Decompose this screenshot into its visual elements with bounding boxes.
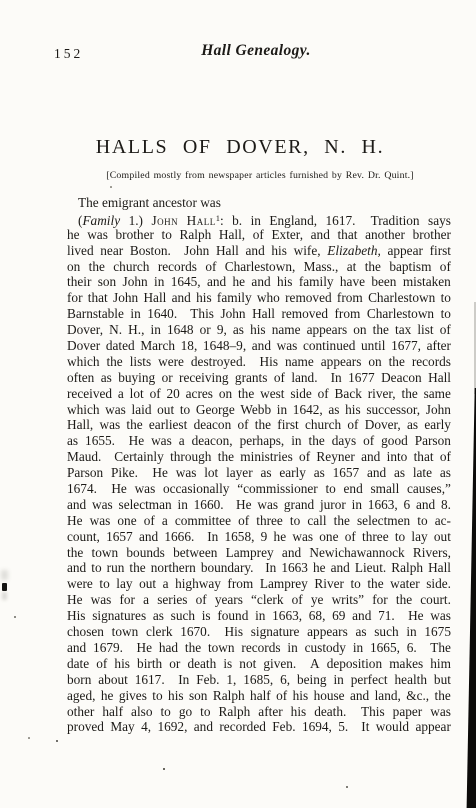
text-word: records: [241, 640, 280, 656]
text-word: was: [430, 704, 451, 720]
text-word: John: [184, 243, 209, 259]
text-word: ac-: [435, 513, 451, 529]
text-word: of: [292, 592, 303, 608]
text-word: 1665,: [370, 640, 400, 656]
text-word: 71.: [378, 608, 401, 624]
text-word: and: [67, 640, 86, 656]
article-title: HALLS OF DOVER, N. H.: [40, 136, 440, 159]
text-word: removed: [285, 290, 332, 306]
text-word: which: [67, 402, 100, 418]
text-word: son: [98, 274, 116, 290]
text-word: continued: [303, 338, 355, 354]
text-word: who: [257, 290, 280, 306]
text-word: Hall,: [219, 227, 245, 243]
text-word: was: [257, 497, 278, 513]
text-word: dated: [106, 338, 135, 354]
text-word: 18,: [181, 338, 198, 354]
text-word: born: [67, 672, 91, 688]
text-line: theirsonJohnin1645,andheandhisfamilyhave…: [67, 274, 451, 290]
text-word: that: [337, 227, 357, 243]
text-word: Hall: [428, 370, 451, 386]
text-word: water: [390, 576, 420, 592]
text-word: in: [333, 672, 343, 688]
text-word: committee: [175, 513, 231, 529]
text-line: aged,hegivestohissonRalphhalfofhishousea…: [67, 688, 451, 704]
text-word: mistaken: [403, 274, 451, 290]
text-word: He: [67, 513, 83, 529]
text-word: Certainly: [114, 449, 163, 465]
text-word: out: [434, 529, 451, 545]
scan-speck: [110, 186, 112, 188]
text-word: have: [340, 274, 365, 290]
text-word: the: [402, 386, 418, 402]
text-line: Hissignaturesassuchisfoundin1663,68,69an…: [67, 608, 451, 624]
text-word: his: [293, 688, 309, 704]
text-word: as: [355, 624, 366, 640]
text-word: 1675: [424, 624, 451, 640]
text-word: signatures: [92, 608, 146, 624]
text-word: a: [143, 592, 149, 608]
text-word: his: [250, 322, 266, 338]
text-word: call: [307, 513, 326, 529]
text-word: were: [158, 354, 184, 370]
text-word: was: [176, 465, 197, 481]
text-word: Dover,: [365, 417, 401, 433]
text-word: Exter,: [271, 227, 303, 243]
text-word: Charlestown: [367, 306, 434, 322]
text-word: in: [352, 497, 362, 513]
text-word: not: [239, 656, 256, 672]
text-word: Dover: [67, 338, 100, 354]
text-line: receivedalotof20acresonthewestsideofBack…: [67, 386, 451, 402]
text-word: 6,: [280, 672, 290, 688]
text-word: Webb: [240, 402, 271, 418]
article-byline: [Compiled mostly from newspaper articles…: [72, 170, 448, 181]
text-word: receiving: [179, 370, 228, 386]
text-word: 1692,: [157, 719, 187, 735]
text-word: that: [88, 290, 108, 306]
text-word: and: [139, 529, 158, 545]
text-word: George: [196, 402, 235, 418]
text-word: same: [424, 386, 451, 402]
text-word: in: [406, 624, 416, 640]
text-word: and: [172, 290, 191, 306]
text-word: the: [367, 576, 383, 592]
text-word: he: [67, 227, 80, 243]
text-word: 1670.: [180, 624, 217, 640]
text-word: other: [67, 704, 94, 720]
text-word: church: [305, 417, 341, 433]
text-word: of: [205, 259, 216, 275]
text-word: The: [430, 640, 451, 656]
text-word: removed: [281, 306, 328, 322]
text-word: juror: [320, 497, 346, 513]
text-line: hewasbrothertoRalphHall,ofExter,andthata…: [67, 227, 451, 243]
text-word: family: [299, 274, 334, 290]
text-word: lay: [116, 576, 132, 592]
text-word: was: [135, 481, 156, 497]
text-word: as: [101, 370, 112, 386]
text-word: out: [139, 576, 156, 592]
text-word: a: [179, 433, 185, 449]
text-word: in: [178, 497, 188, 513]
text-word: to: [325, 481, 335, 497]
text-word: destroyed.: [191, 354, 253, 370]
text-word: 1657: [106, 529, 133, 545]
text-word: as: [67, 433, 78, 449]
text-word: was: [277, 338, 298, 354]
text-word: appear: [415, 719, 450, 735]
text-word: as: [407, 417, 418, 433]
text-word: town: [208, 640, 235, 656]
text-line: 1674. Hewasoccasionally“commissionertoen…: [67, 481, 451, 497]
text-word: River: [314, 576, 344, 592]
text-word: aged,: [67, 688, 95, 704]
text-word: a: [162, 513, 168, 529]
text-word: which: [67, 354, 100, 370]
text-word: in: [291, 433, 301, 449]
text-word: to: [441, 306, 451, 322]
text-word: birth: [137, 656, 162, 672]
text-word: Ralph: [219, 704, 251, 720]
text-word: was: [92, 497, 113, 513]
text-word: half: [102, 704, 123, 720]
text-word: He: [136, 640, 152, 656]
text-word: health: [395, 672, 428, 688]
text-word: from: [227, 576, 253, 592]
text-word: Boston.: [130, 243, 178, 259]
text-word: of: [347, 417, 358, 433]
text-word: John: [123, 274, 148, 290]
text-word: Hall: [428, 560, 451, 576]
text-word: a: [118, 386, 124, 402]
text-word: His: [67, 608, 85, 624]
text-word: He: [236, 497, 252, 513]
text-word: John: [113, 290, 138, 306]
text-word: appears: [307, 624, 348, 640]
text-word: and: [361, 449, 380, 465]
text-word: town: [92, 545, 119, 561]
text-word: near: [100, 243, 123, 259]
text-word: records: [158, 259, 197, 275]
text-line: (Family1.)JohnHall1:b.inEngland,1617. Tr…: [67, 211, 451, 227]
text-word: the: [126, 417, 142, 433]
text-word: acres: [186, 386, 213, 402]
text-word: Hall: [252, 306, 275, 322]
text-word: brother: [413, 227, 451, 243]
text-word: selectman: [119, 497, 172, 513]
text-word: 6.: [407, 640, 424, 656]
text-word: from: [335, 306, 361, 322]
text-word: to: [160, 704, 170, 720]
scan-speck: [346, 786, 348, 788]
text-word: also: [131, 704, 152, 720]
text-word: as: [260, 465, 271, 481]
text-word: that: [414, 449, 434, 465]
text-word: good: [381, 433, 408, 449]
text-word: and: [67, 560, 86, 576]
text-word: years: [215, 592, 243, 608]
text-word: being: [297, 672, 327, 688]
text-word: selectmen: [357, 513, 410, 529]
text-word: 1645,: [171, 274, 201, 290]
text-line: weretolayoutahighwayfromLampreyRivertoth…: [67, 576, 451, 592]
text-word: laid: [132, 402, 152, 418]
text-line: andtorunthenorthernboundary. In1663heand…: [67, 560, 451, 576]
text-word: 1657: [333, 465, 360, 481]
text-word: he: [101, 688, 114, 704]
text-word: as: [328, 402, 339, 418]
text-word: the: [309, 433, 325, 449]
text-word: the: [106, 354, 122, 370]
text-word: Ralph: [180, 227, 212, 243]
text-word: from: [337, 290, 363, 306]
text-word: or: [162, 370, 173, 386]
text-word: in: [277, 402, 287, 418]
scan-speck: [56, 740, 58, 742]
text-word: land,: [375, 688, 401, 704]
text-word: the: [255, 417, 271, 433]
text-word: Charlestown,: [225, 259, 296, 275]
text-word: in: [151, 322, 161, 338]
text-word: after: [258, 704, 282, 720]
text-word: appears: [321, 354, 362, 370]
text-word: “commissioner: [237, 481, 318, 497]
text-word: half: [250, 688, 271, 704]
text-word: he: [233, 274, 246, 290]
text-word: through: [170, 449, 211, 465]
text-word: land.: [291, 370, 324, 386]
text-word: of: [299, 449, 310, 465]
text-word: 69: [332, 608, 345, 624]
text-word: list: [417, 322, 433, 338]
text-word: In: [265, 560, 276, 576]
text-word: 1666.: [164, 529, 201, 545]
text-word: after: [427, 338, 451, 354]
text-word: and: [246, 243, 265, 259]
text-word: early: [279, 465, 306, 481]
text-word: in: [255, 608, 265, 624]
text-word: was: [430, 608, 451, 624]
text-word: to: [290, 513, 300, 529]
text-word: given.: [263, 656, 303, 672]
text-line: onthechurchrecordsofCharlestown,Mass.,at…: [67, 259, 451, 275]
text-word: 1658,: [225, 529, 255, 545]
scan-shadow-right-hairline: [474, 302, 476, 394]
text-word: John: [220, 306, 245, 322]
text-line: forthatJohnHallandhisfamilywhoremovedfro…: [67, 290, 451, 306]
text-word: Newichawannock: [309, 545, 404, 561]
text-word: three: [256, 513, 283, 529]
text-word: appear: [387, 243, 422, 259]
text-word: Feb.: [272, 719, 295, 735]
text-word: 1679.: [93, 640, 130, 656]
text-word: recorded: [219, 719, 266, 735]
text-word: to: [395, 529, 405, 545]
text-word: for: [372, 592, 388, 608]
text-word: of: [237, 417, 248, 433]
text-word: bounds: [126, 545, 164, 561]
text-word: to: [91, 560, 101, 576]
text-word: of: [345, 529, 356, 545]
text-word: Dover,: [67, 322, 103, 338]
text-word: 4,: [141, 719, 151, 735]
text-word: of: [96, 656, 107, 672]
text-line: Hewasoneofacommitteeofthreetocallthesele…: [67, 513, 451, 529]
text-word: grand: [284, 497, 314, 513]
text-word: his: [271, 243, 287, 259]
text-word: of: [196, 592, 207, 608]
text-word: In: [331, 370, 342, 386]
text-line: count,1657and1666. In1658,9hewasoneofthr…: [67, 529, 451, 545]
text-word: house: [314, 688, 345, 704]
text-word: one: [319, 529, 338, 545]
text-word: the: [334, 513, 350, 529]
text-word: deacon: [194, 417, 232, 433]
text-word: 1677: [348, 370, 375, 386]
text-word: of: [274, 370, 285, 386]
text-word: and: [367, 465, 386, 481]
text-word: was: [151, 433, 172, 449]
text-word: the: [389, 354, 405, 370]
text-word: earliest: [149, 417, 187, 433]
text-word: He: [152, 465, 168, 481]
text-line: provedMay4,1692,andrecordedFeb.1694,5. I…: [67, 719, 451, 735]
scan-mark-left-edge: [2, 583, 7, 591]
text-word: Pike.: [111, 465, 145, 481]
text-word: were: [67, 576, 93, 592]
text-word: on: [368, 354, 381, 370]
text-word: signature: [251, 624, 300, 640]
text-word: He: [408, 608, 424, 624]
text-word: 1640.: [147, 306, 184, 322]
text-word: wife,: [294, 243, 321, 259]
text-word: “clerk: [251, 592, 283, 608]
text-word: the: [185, 640, 201, 656]
text-word: into: [387, 449, 408, 465]
text-word: on: [67, 259, 80, 275]
text-word: on: [353, 322, 366, 338]
text-word: to: [350, 576, 360, 592]
text-word: Parson: [415, 433, 451, 449]
text-word: proved: [67, 719, 104, 735]
text-word: out: [157, 402, 174, 418]
text-word: In: [178, 672, 189, 688]
text-word: of: [363, 433, 374, 449]
text-word: Feb.: [196, 672, 219, 688]
text-word: and: [282, 545, 301, 561]
text-word: May: [110, 719, 134, 735]
book-page: 152 Hall Genealogy. HALLS OF DOVER, N. H…: [0, 0, 476, 808]
text-word: was: [292, 529, 313, 545]
text-word: 1674.: [67, 481, 104, 497]
scan-speck: [28, 737, 30, 739]
text-word: Rivers,: [413, 545, 451, 561]
text-word: appears: [307, 322, 348, 338]
text-word: makes: [389, 656, 423, 672]
text-word: and: [252, 338, 271, 354]
text-word: had: [159, 640, 178, 656]
text-word: the: [89, 259, 105, 275]
text-word: ministries: [240, 449, 292, 465]
text-word: for: [67, 290, 83, 306]
text-word: his: [277, 274, 293, 290]
text-word: the: [67, 545, 83, 561]
text-word: Hall: [143, 290, 166, 306]
text-word: paper: [393, 704, 423, 720]
text-word: A: [310, 656, 320, 672]
text-word: clerk: [146, 624, 173, 640]
text-word: He: [67, 592, 83, 608]
text-word: Barnstable: [67, 306, 124, 322]
text-word: he: [313, 560, 326, 576]
text-word: This: [361, 704, 385, 720]
text-word: the: [396, 592, 412, 608]
text-word: or: [200, 322, 211, 338]
text-word: gives: [119, 688, 147, 704]
text-word: date: [67, 656, 89, 672]
text-word: the: [218, 449, 234, 465]
text-word: his: [168, 688, 184, 704]
text-word: 9: [261, 529, 268, 545]
text-word: to: [152, 688, 162, 704]
text-line: Hewasforaseriesofyears“clerkofyewrits”fo…: [67, 592, 451, 608]
text-word: another: [365, 227, 405, 243]
text-word: of: [440, 322, 451, 338]
text-word: 20: [167, 386, 180, 402]
text-word: the: [373, 322, 389, 338]
text-word: chosen: [67, 624, 104, 640]
text-word: 1677,: [391, 338, 421, 354]
text-word: 1694,: [302, 719, 332, 735]
text-word: March: [140, 338, 175, 354]
text-word: to: [200, 704, 210, 720]
text-word: This: [190, 306, 214, 322]
text-line: Barnstablein1640. ThisJohnHallremovedfro…: [67, 306, 451, 322]
text-word: lot: [130, 386, 144, 402]
text-word: count,: [67, 529, 100, 545]
text-word: successor,: [366, 402, 420, 418]
text-word: at: [347, 259, 357, 275]
text-word: Back: [335, 386, 362, 402]
text-word: Maud.: [67, 449, 108, 465]
text-line: bornabout1617. InFeb.1,1685,6,beinginper…: [67, 672, 451, 688]
text-word: grants: [235, 370, 268, 386]
text-word: He: [129, 433, 145, 449]
text-word: ye: [311, 592, 324, 608]
text-word: of: [253, 227, 264, 243]
text-word: N.: [109, 322, 122, 338]
text-word: their: [67, 274, 91, 290]
text-word: him: [430, 656, 451, 672]
text-word: records: [412, 354, 451, 370]
text-word: side.: [426, 576, 451, 592]
text-word: baptism: [389, 259, 431, 275]
text-word: perfect: [351, 672, 388, 688]
text-word: on: [219, 386, 232, 402]
text-word: buying: [118, 370, 155, 386]
body-text: The emigrant ancestor was(Family1.)JohnH…: [67, 195, 451, 735]
text-line: Hall,wastheearliestdeaconofthefirstchurc…: [67, 417, 451, 433]
text-word: would: [376, 719, 409, 735]
scan-speck: [163, 768, 165, 770]
text-word: writs”: [332, 592, 365, 608]
text-word: and: [416, 497, 435, 513]
text-word: received: [67, 386, 112, 402]
text-word: to: [417, 513, 427, 529]
text-word: Ralph: [213, 688, 245, 704]
text-word: deacon,: [192, 433, 233, 449]
